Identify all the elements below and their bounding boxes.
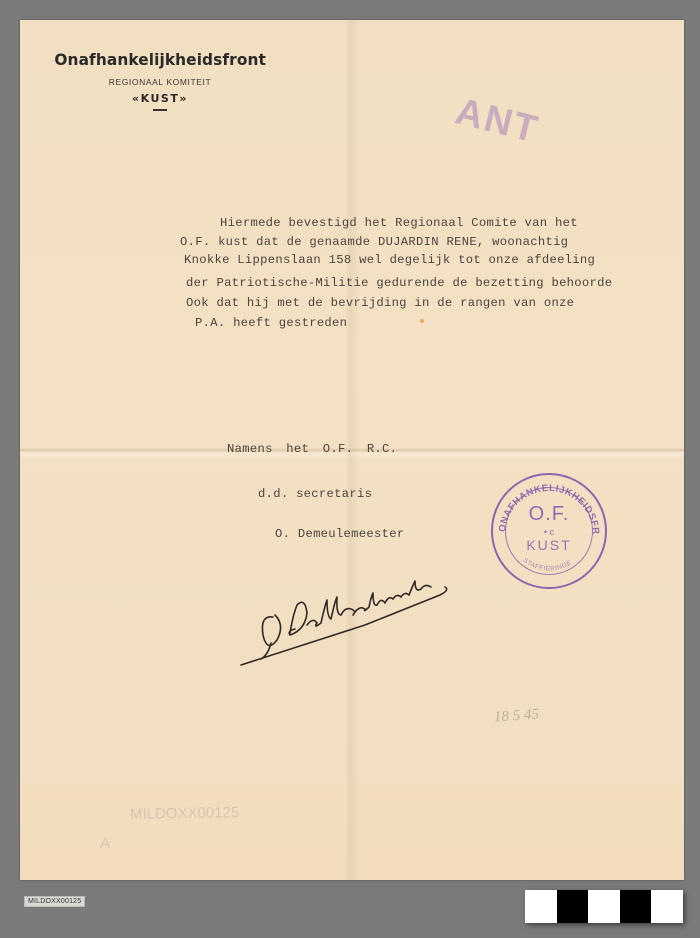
closing-role: d.d. secretaris xyxy=(258,484,372,504)
stamp-center-top: O.F. xyxy=(493,503,605,526)
stamp-center-bottom: KUST xyxy=(493,537,605,553)
stamp-center-dots: • c xyxy=(493,527,605,537)
calibration-strip xyxy=(525,890,683,923)
pencil-annotation: 18 5 45 xyxy=(493,706,539,726)
document-page: Onafhankelijkheidsfront REGIONAAL KOMITE… xyxy=(20,20,684,880)
closing-on-behalf: Namens het O.F. R.C. xyxy=(227,439,397,459)
faded-note-1: MILDOXX00125 xyxy=(130,804,240,823)
calibration-white-1 xyxy=(525,890,557,923)
official-stamp: ONAFHANKELIJKHEIDSFRONT STAFFIERINGE O.F… xyxy=(491,473,607,589)
body-line-2: O.F. kust dat de genaamde DUJARDIN RENE,… xyxy=(180,232,568,252)
body-line-4: der Patriotische-Militie gedurende de be… xyxy=(186,273,612,293)
faded-note-2: A xyxy=(100,835,110,852)
body-line-6: P.A. heeft gestreden xyxy=(195,313,347,333)
letterhead: Onafhankelijkheidsfront REGIONAAL KOMITE… xyxy=(50,50,270,111)
body-line-1: Hiermede bevestigd het Regionaal Comite … xyxy=(220,213,578,233)
stain-mark xyxy=(420,319,424,323)
organization-name: Onafhankelijkheidsfront xyxy=(54,50,265,69)
committee-name: REGIONAAL KOMITEIT xyxy=(50,77,270,87)
calibration-black-2 xyxy=(620,890,652,923)
letter-body: Hiermede bevestigd het Regionaal Comite … xyxy=(20,20,50,260)
calibration-white-2 xyxy=(588,890,620,923)
calibration-white-3 xyxy=(651,890,683,923)
letterhead-rule xyxy=(153,109,167,111)
body-line-3: Knokke Lippenslaan 158 wel degelijk tot … xyxy=(184,250,595,270)
reference-id-label: MILDOXX00125 xyxy=(24,896,85,907)
ant-stamp: ANT xyxy=(451,90,543,152)
calibration-black-1 xyxy=(557,890,589,923)
signature-icon xyxy=(235,545,475,675)
closing-name: O. Demeulemeester xyxy=(275,524,404,544)
region-name: «KUST» xyxy=(50,92,270,105)
body-line-5: Ook dat hij met de bevrijding in de rang… xyxy=(186,293,574,313)
